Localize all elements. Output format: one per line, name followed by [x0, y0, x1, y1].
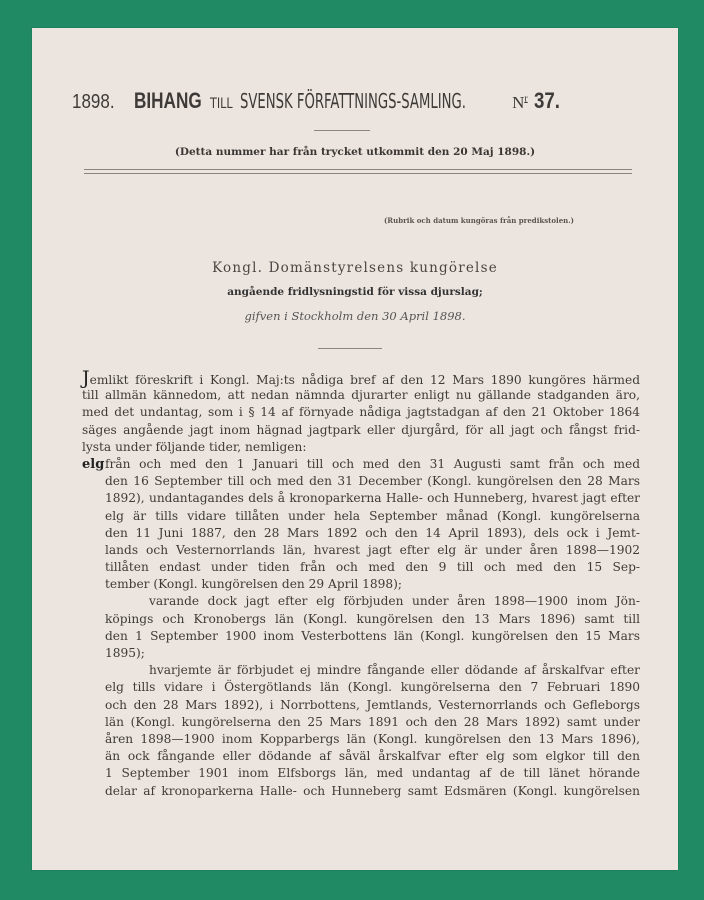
- header-divider: [314, 130, 370, 131]
- document-page: 1898. BIHANG TILL SVENSK FÖRFATTNINGS-SA…: [32, 28, 678, 870]
- hvarjemte-paragraph: hvarjemte är förbjudet ej mindre fångand…: [82, 662, 640, 800]
- proclamation-date: gifven i Stockholm den 30 April 1898.: [32, 309, 678, 323]
- rubric-note: (Rubrik och datum kungöras från predikst…: [384, 216, 574, 225]
- double-rule-divider: [84, 169, 632, 174]
- header-title: SVENSK FÖRFATTNINGS-SAMLING.: [240, 89, 418, 113]
- species-label-elg: elg: [82, 456, 104, 473]
- title-divider: [318, 348, 382, 349]
- issued-note: (Detta nummer har från trycket utkommit …: [32, 146, 678, 158]
- varande-paragraph: varande dock jagt efter elg förbjuden un…: [82, 593, 640, 662]
- header-year: 1898.: [72, 91, 115, 114]
- header-number: 37.: [534, 88, 560, 114]
- drop-cap: J: [82, 367, 90, 389]
- proclamation-title: Kongl. Domänstyrelsens kungörelse: [32, 260, 678, 276]
- elg-paragraph: elg från och med den 1 Januari till och …: [82, 456, 640, 594]
- header-bihang: BIHANG: [134, 88, 193, 114]
- header-number-prefix: Nr: [512, 93, 528, 113]
- body-text: Jemlikt föreskrift i Kongl. Maj:ts nådig…: [82, 370, 640, 800]
- proclamation-subject: angående fridlysningstid för vissa djurs…: [32, 286, 678, 298]
- page-header: 1898. BIHANG TILL SVENSK FÖRFATTNINGS-SA…: [72, 88, 638, 114]
- header-till: TILL: [210, 96, 234, 112]
- intro-paragraph: Jemlikt föreskrift i Kongl. Maj:ts nådig…: [82, 370, 640, 456]
